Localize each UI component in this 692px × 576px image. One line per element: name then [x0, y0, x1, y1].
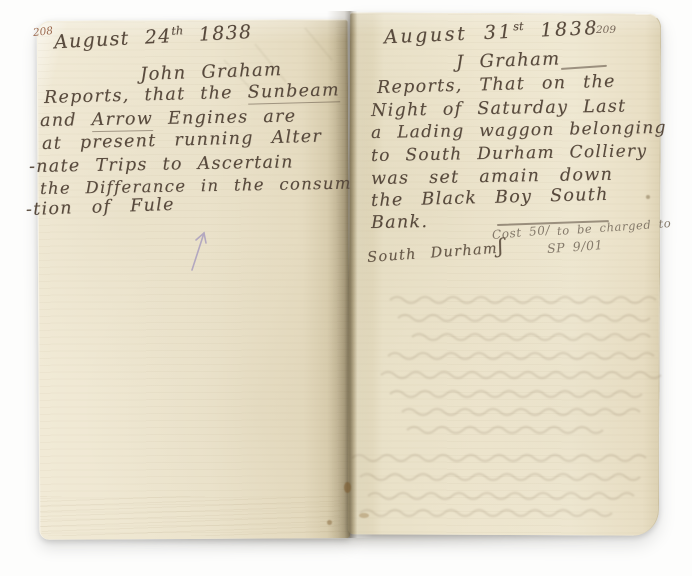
foxing-spot — [359, 513, 369, 518]
underlined-engine-name: Arrow — [91, 109, 153, 132]
line-text: and — [40, 110, 92, 131]
entry-line: Bank. — [371, 212, 429, 233]
pencil-arrow-icon — [182, 226, 216, 274]
foxing-spot — [344, 482, 351, 493]
date-year: 1838 — [523, 17, 599, 42]
foxing-spot — [327, 520, 332, 525]
foxing-spot — [646, 195, 650, 199]
scanned-journal-spread: 208 August 24th 1838 John Graham Reports… — [0, 0, 692, 576]
date-year: 1838 — [183, 21, 253, 47]
flourish-mark: ʃ — [497, 233, 505, 257]
page-number-left: 208 — [32, 25, 53, 39]
line-text: Engines are — [153, 107, 297, 129]
entry-attribution-right: J Graham — [456, 48, 561, 73]
date-ordinal: st — [513, 19, 524, 33]
underlined-engine-name: Sunbeam — [247, 80, 340, 104]
date-ordinal: th — [171, 23, 184, 38]
